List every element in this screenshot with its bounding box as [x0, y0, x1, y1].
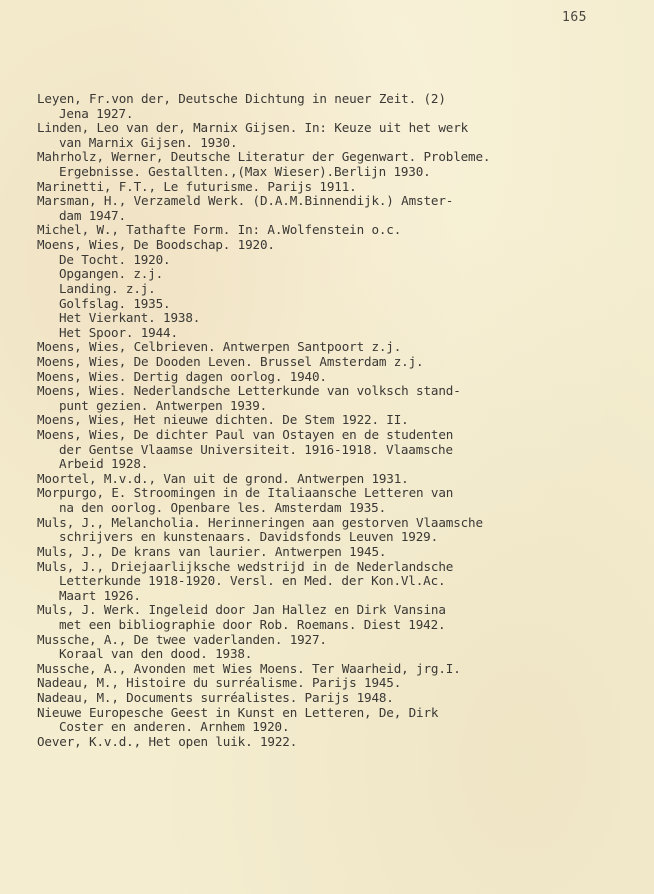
bibliography-entry: Muls, J., De krans van laurier. Antwerpe… [37, 545, 652, 560]
bibliography-entry: Muls, J., Driejaarlijksche wedstrijd in … [37, 560, 652, 604]
bibliography-entry: Marsman, H., Verzameld Werk. (D.A.M.Binn… [37, 194, 652, 223]
entry-first-line: Moens, Wies, De Boodschap. 1920. [37, 238, 652, 253]
bibliography-entry: Nadeau, M., Histoire du surréalisme. Par… [37, 676, 652, 691]
entry-first-line: Moens, Wies. Dertig dagen oorlog. 1940. [37, 370, 652, 385]
bibliography-entry: Nadeau, M., Documents surréalistes. Pari… [37, 691, 652, 706]
bibliography-entry: Morpurgo, E. Stroomingen in de Italiaans… [37, 486, 652, 515]
entry-first-line: Muls, J., De krans van laurier. Antwerpe… [37, 545, 652, 560]
entry-first-line: Oever, K.v.d., Het open luik. 1922. [37, 735, 652, 750]
entry-first-line: Muls, J., Melancholia. Herinneringen aan… [37, 516, 652, 531]
bibliography-entry: Moens, Wies, Celbrieven. Antwerpen Santp… [37, 340, 652, 355]
entry-continuation-line: Letterkunde 1918-1920. Versl. en Med. de… [37, 574, 652, 589]
bibliography-entry: Linden, Leo van der, Marnix Gijsen. In: … [37, 121, 652, 150]
entry-continuation-line: Arbeid 1928. [37, 457, 652, 472]
bibliography-entry: Leyen, Fr.von der, Deutsche Dichtung in … [37, 92, 652, 121]
bibliography-entry: Muls, J., Melancholia. Herinneringen aan… [37, 516, 652, 545]
entry-first-line: Muls, J., Driejaarlijksche wedstrijd in … [37, 560, 652, 575]
entry-first-line: Nadeau, M., Histoire du surréalisme. Par… [37, 676, 652, 691]
entry-first-line: Mussche, A., De twee vaderlanden. 1927. [37, 633, 652, 648]
entry-first-line: Nieuwe Europesche Geest in Kunst en Lett… [37, 706, 652, 721]
entry-first-line: Moens, Wies. Nederlandsche Letterkunde v… [37, 384, 652, 399]
entry-continuation-line: De Tocht. 1920. [37, 253, 652, 268]
entry-first-line: Leyen, Fr.von der, Deutsche Dichtung in … [37, 92, 652, 107]
bibliography-entry: Moens, Wies. Nederlandsche Letterkunde v… [37, 384, 652, 413]
entry-first-line: Moens, Wies, Het nieuwe dichten. De Stem… [37, 413, 652, 428]
entry-continuation-line: van Marnix Gijsen. 1930. [37, 136, 652, 151]
entry-continuation-line: Opgangen. z.j. [37, 267, 652, 282]
entry-first-line: Linden, Leo van der, Marnix Gijsen. In: … [37, 121, 652, 136]
entry-first-line: Marinetti, F.T., Le futurisme. Parijs 19… [37, 180, 652, 195]
bibliography-entry: Moens, Wies. Dertig dagen oorlog. 1940. [37, 370, 652, 385]
bibliography-entry: Mahrholz, Werner, Deutsche Literatur der… [37, 150, 652, 179]
entry-first-line: Moens, Wies, De Dooden Leven. Brussel Am… [37, 355, 652, 370]
entry-continuation-line: Het Spoor. 1944. [37, 326, 652, 341]
entry-first-line: Michel, W., Tathafte Form. In: A.Wolfens… [37, 223, 652, 238]
bibliography-entry: Moens, Wies, De Dooden Leven. Brussel Am… [37, 355, 652, 370]
bibliography-entry: Michel, W., Tathafte Form. In: A.Wolfens… [37, 223, 652, 238]
bibliography-list: Leyen, Fr.von der, Deutsche Dichtung in … [37, 92, 652, 749]
entry-continuation-line: Jena 1927. [37, 107, 652, 122]
entry-first-line: Muls, J. Werk. Ingeleid door Jan Hallez … [37, 603, 652, 618]
entry-continuation-line: der Gentse Vlaamse Universiteit. 1916-19… [37, 443, 652, 458]
bibliography-entry: Oever, K.v.d., Het open luik. 1922. [37, 735, 652, 750]
entry-first-line: Mussche, A., Avonden met Wies Moens. Ter… [37, 662, 652, 677]
entry-first-line: Moens, Wies, Celbrieven. Antwerpen Santp… [37, 340, 652, 355]
page-number: 165 [562, 10, 587, 25]
entry-continuation-line: Coster en anderen. Arnhem 1920. [37, 720, 652, 735]
bibliography-entry: Muls, J. Werk. Ingeleid door Jan Hallez … [37, 603, 652, 632]
entry-continuation-line: met een bibliographie door Rob. Roemans.… [37, 618, 652, 633]
bibliography-entry: Moens, Wies, Het nieuwe dichten. De Stem… [37, 413, 652, 428]
entry-continuation-line: punt gezien. Antwerpen 1939. [37, 399, 652, 414]
entry-continuation-line: na den oorlog. Openbare les. Amsterdam 1… [37, 501, 652, 516]
bibliography-entry: Marinetti, F.T., Le futurisme. Parijs 19… [37, 180, 652, 195]
entry-first-line: Mahrholz, Werner, Deutsche Literatur der… [37, 150, 652, 165]
bibliography-entry: Moortel, M.v.d., Van uit de grond. Antwe… [37, 472, 652, 487]
bibliography-entry: Moens, Wies, De dichter Paul van Ostayen… [37, 428, 652, 472]
entry-first-line: Moens, Wies, De dichter Paul van Ostayen… [37, 428, 652, 443]
bibliography-entry: Moens, Wies, De Boodschap. 1920.De Tocht… [37, 238, 652, 340]
bibliography-entry: Nieuwe Europesche Geest in Kunst en Lett… [37, 706, 652, 735]
entry-continuation-line: Koraal van den dood. 1938. [37, 647, 652, 662]
entry-first-line: Moortel, M.v.d., Van uit de grond. Antwe… [37, 472, 652, 487]
entry-continuation-line: Het Vierkant. 1938. [37, 311, 652, 326]
bibliography-entry: Mussche, A., Avonden met Wies Moens. Ter… [37, 662, 652, 677]
entry-first-line: Morpurgo, E. Stroomingen in de Italiaans… [37, 486, 652, 501]
entry-continuation-line: dam 1947. [37, 209, 652, 224]
bibliography-entry: Mussche, A., De twee vaderlanden. 1927.K… [37, 633, 652, 662]
entry-continuation-line: Golfslag. 1935. [37, 297, 652, 312]
entry-continuation-line: Ergebnisse. Gestallten.,(Max Wieser).Ber… [37, 165, 652, 180]
entry-continuation-line: schrijvers en kunstenaars. Davidsfonds L… [37, 530, 652, 545]
entry-continuation-line: Maart 1926. [37, 589, 652, 604]
entry-continuation-line: Landing. z.j. [37, 282, 652, 297]
entry-first-line: Marsman, H., Verzameld Werk. (D.A.M.Binn… [37, 194, 652, 209]
entry-first-line: Nadeau, M., Documents surréalistes. Pari… [37, 691, 652, 706]
